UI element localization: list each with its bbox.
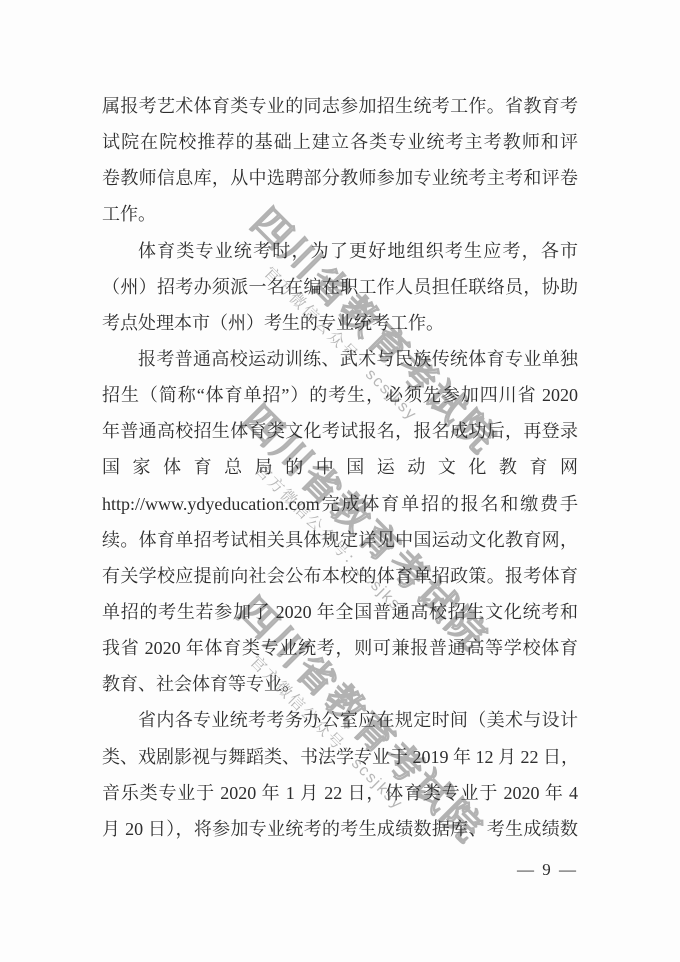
text-line: 招生（简称“体育单招”）的考生，必须先参加四川省 2020 <box>102 377 578 413</box>
text-line: 国家体育总局的中国运动文化教育网 <box>102 449 578 485</box>
text-line: 单招的考生若参加了 2020 年全国普通高校招生文化统考和 <box>102 594 578 630</box>
text-line: 续。体育单招考试相关具体规定详见中国运动文化教育网， <box>102 522 578 558</box>
text-line: 类、戏剧影视与舞蹈类、书法学专业于 2019 年 12 月 22 日， <box>102 739 578 775</box>
text-line: 报考普通高校运动训练、武术与民族传统体育专业单独 <box>102 341 578 377</box>
text-line: 年普通高校招生体育类文化考试报名，报名成功后，再登录 <box>102 413 578 449</box>
text-line: 有关学校应提前向社会公布本校的体育单招政策。报考体育 <box>102 558 578 594</box>
text-line: 体育类专业统考时，为了更好地组织考生应考，各市 <box>102 233 578 269</box>
text-line: 考点处理本市（州）考生的专业统考工作。 <box>102 305 578 341</box>
text-line: http://www.ydyeducation.com完成体育单招的报名和缴费手 <box>102 486 578 522</box>
text-line: （州）招考办须派一名在编在职工作人员担任联络员，协助 <box>102 269 578 305</box>
text-line: 卷教师信息库，从中选聘部分教师参加专业统考主考和评卷 <box>102 160 578 196</box>
text-line: 月 20 日），将参加专业统考的考生成绩数据库、考生成绩数 <box>102 811 578 847</box>
text-line: 教育、社会体育等专业。 <box>102 666 578 702</box>
document-page: 四川省教育考试院官方微信公众号：scsjksy四川省教育考试院官方微信公众号：s… <box>0 0 680 962</box>
text-line: 我省 2020 年体育类专业统考，则可兼报普通高等学校体育 <box>102 630 578 666</box>
document-body: 属报考艺术体育类专业的同志参加招生统考工作。省教育考试院在院校推荐的基础上建立各… <box>102 88 578 847</box>
text-line: 省内各专业统考考务办公室应在规定时间（美术与设计 <box>102 702 578 738</box>
text-line: 工作。 <box>102 196 578 232</box>
text-line: 属报考艺术体育类专业的同志参加招生统考工作。省教育考 <box>102 88 578 124</box>
page-number: — 9 — <box>517 860 578 880</box>
text-line: 音乐类专业于 2020 年 1 月 22 日，体育类专业于 2020 年 4 <box>102 775 578 811</box>
text-line: 试院在院校推荐的基础上建立各类专业统考主考教师和评 <box>102 124 578 160</box>
